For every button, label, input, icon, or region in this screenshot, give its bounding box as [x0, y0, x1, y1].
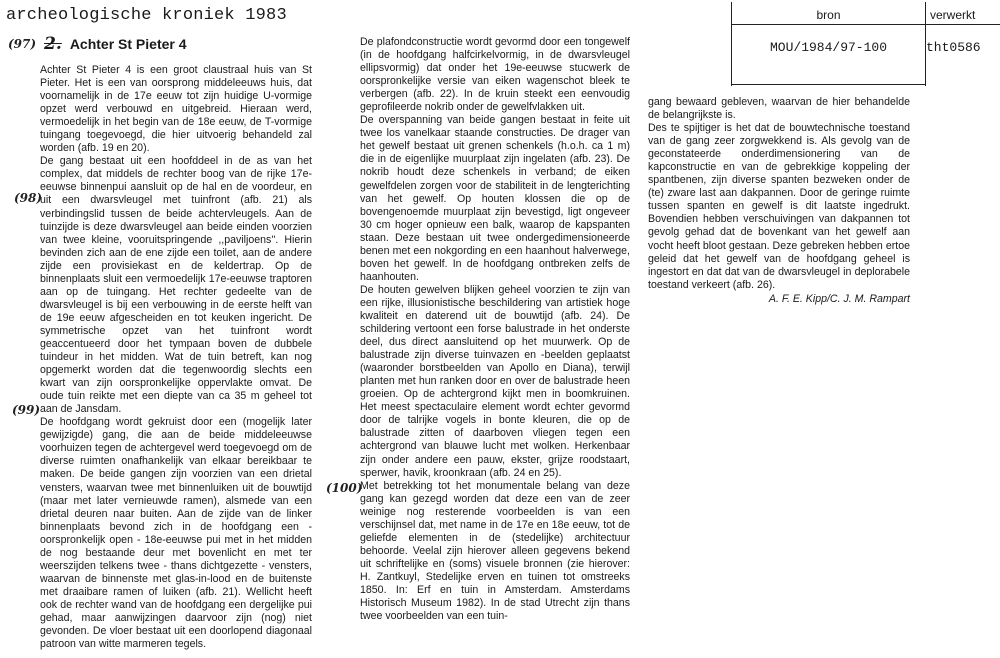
text-column-3: gang bewaard gebleven, waarvan de hier b…	[648, 96, 910, 306]
source-table-header-verwerkt: verwerkt	[930, 8, 975, 22]
paragraph: Achter St Pieter 4 is een groot claustra…	[40, 64, 312, 155]
section-title: Achter St Pieter 4	[70, 36, 187, 52]
paragraph: De gang bestaat uit een hoofddeel in de …	[40, 155, 312, 416]
paragraph: De houten gewelven blijken geheel voorzi…	[360, 284, 630, 480]
source-table-header-line	[731, 24, 1000, 25]
paragraph: Des te spijtiger is het dat de bouwtechn…	[648, 122, 910, 292]
paragraph: De overspanning van beide gangen bestaat…	[360, 114, 630, 284]
margin-number-97: (97)	[8, 37, 36, 51]
paragraph: De plafondconstructie wordt gevormd door…	[360, 36, 630, 114]
source-table-bottom-line	[731, 84, 926, 85]
paragraph: Met betrekking tot het monumentale belan…	[360, 480, 630, 624]
struck-section-number: 2.	[44, 34, 62, 54]
paragraph: gang bewaard gebleven, waarvan de hier b…	[648, 96, 910, 122]
margin-number-99: (99)	[12, 403, 40, 417]
section-heading: (97) 2. Achter St Pieter 4	[8, 34, 187, 54]
page-header-title: archeologische kroniek 1983	[6, 6, 287, 25]
margin-number-98: (98)	[14, 191, 42, 205]
source-table-header-bron: bron	[732, 8, 925, 22]
margin-number-100: (100)	[326, 481, 362, 495]
text-column-1: Achter St Pieter 4 is een groot claustra…	[40, 64, 312, 651]
author-signature: A. F. E. Kipp/C. J. M. Rampart	[648, 293, 910, 306]
source-table-bron-value: MOU/1984/97-100	[732, 40, 925, 55]
paragraph: De hoofdgang wordt gekruist door een (mo…	[40, 416, 312, 651]
text-column-2: De plafondconstructie wordt gevormd door…	[360, 36, 630, 623]
source-table-verwerkt-value: tht0586	[926, 40, 981, 55]
